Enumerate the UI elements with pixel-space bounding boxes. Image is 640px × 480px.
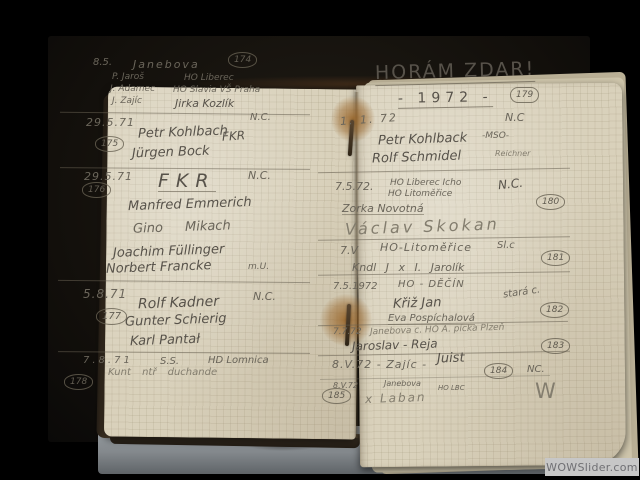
entry-club: HO Slavia VŠ Praha [173,86,260,95]
entry-date: 7.5.72. [335,181,373,192]
entry-location: HD Lomnica [208,356,269,366]
entry-name: Gino Mikach [133,219,231,235]
entry-club: S.S. [160,357,179,367]
entry-name: Karl Pantał [130,333,200,348]
entry-note: N.C. [248,170,271,181]
entry-date: 29.5.71 [84,171,133,182]
entry-date: 7.8.71 [83,356,133,366]
entry-number-badge: 179 [510,87,539,103]
entry-club: -MSO- [482,132,509,141]
entry-party: Janebova [133,59,200,70]
entry-name: J. Adamec [110,85,155,94]
entry-note: N.C [505,112,524,123]
entry-number-badge: 175 [95,136,124,152]
entry-name: Janebova [384,380,421,388]
entry-club: HO Liberec Icho [390,179,461,188]
entry-name: Jaroslav - Reja [352,338,438,353]
entry-date: 8.V.72 - Zajíc - [332,359,427,370]
entry-suffix: m.U. [248,263,269,272]
entry-name: P. Jaroš [112,73,144,82]
entry-note: N.C. [253,291,276,302]
entry-date: 29.5.71 [86,117,135,128]
entry-number-badge: 180 [536,194,565,210]
entry-name: Petr Kohlbach [138,124,228,140]
entry-club: HO-Litoměřice [380,242,472,253]
entry-name: Rolf Schmidel [372,149,461,165]
entry-number-badge: 176 [82,182,111,198]
entry-number-badge: 178 [64,374,93,390]
entry-club: FKR [158,172,216,192]
entry-name: Zorka Novotná [342,203,424,215]
entry-name: Norbert Francke [106,259,212,276]
entry-club: Jirka Kozlík [175,98,234,109]
entry-club: FKR [222,129,246,143]
page-year: - 1972 - [398,90,493,109]
entry-club: HO Liberec [184,74,234,83]
entry-note: Sl.c [497,241,515,251]
entry-date: 7.7.72 [333,328,362,337]
page-title: HORÁM ZDAR! [375,60,536,86]
entry-note: NC. [527,365,545,375]
entry-name: Petr Kohlback [378,131,468,147]
entry-mark: W [535,381,556,402]
entry-number-badge: 181 [541,250,570,266]
entry-club: HO LBC [438,385,465,392]
entry-number-badge: 182 [540,302,569,318]
entry-number-badge: 185 [322,388,351,404]
entry-name: Rolf Kadner [138,295,219,312]
entry-name: J. Zajíc [112,97,142,106]
entry-signature: x Laban [365,391,427,405]
entry-club: Reichner [495,150,530,158]
entry-name: Jürgen Bock [132,145,210,161]
entry-name: Křiž Jan [393,296,442,311]
entry-date: 7.V [340,245,358,256]
entry-date: 5.8.71 [83,288,127,300]
entry-date: 8.5. [93,58,112,68]
entry-name: Gunter Schierig [125,312,227,329]
entry-name: Kndl J x I. Jarolík [352,262,464,273]
entry-club: HO - DĚČÍN [398,280,465,290]
entry-number-badge: 177 [96,308,127,325]
entry-note: N.C. [497,177,523,192]
entry-club: HO Litoměřice [388,190,452,199]
slider-screen: 8.5. Janebova 174 P. Jaroš HO Liberec J.… [0,0,640,480]
wowslider-watermark-link[interactable]: WOWSlider.com [545,458,639,476]
entry-date: 7.5.1972 [333,282,378,292]
entry-number-badge: 174 [228,52,257,68]
entry-name: Kunt ntř duchande [108,368,217,378]
entry-name: Juist [437,352,465,366]
entry-note: N.C. [250,113,271,123]
